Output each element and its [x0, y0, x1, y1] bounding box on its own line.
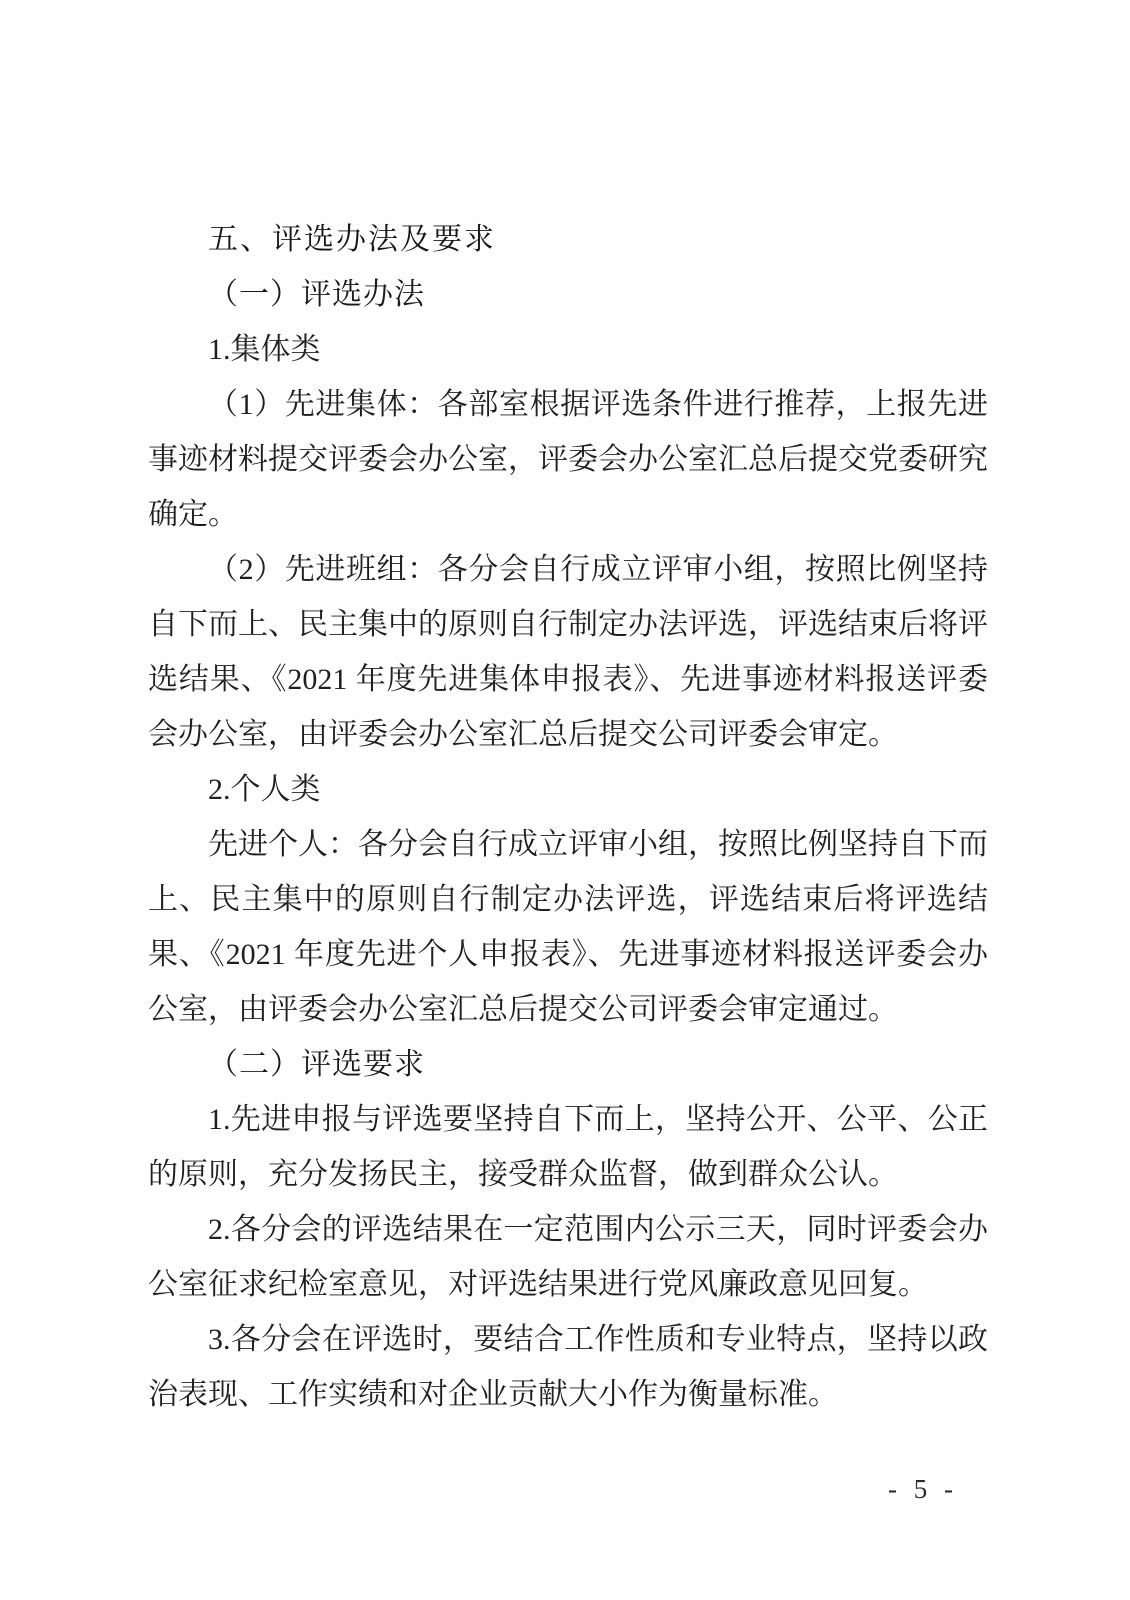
subsection-heading-2: （二）评选要求 — [148, 1037, 988, 1092]
paragraph-requirement-1: 1.先进申报与评选要坚持自下而上，坚持公开、公平、公正的原则，充分发扬民主，接受… — [148, 1092, 988, 1202]
page-number: - 5 - — [888, 1462, 958, 1517]
section-heading: 五、评选办法及要求 — [148, 212, 988, 267]
paragraph-advanced-team: （2）先进班组：各分会自行成立评审小组，按照比例坚持自下而上、民主集中的原则自行… — [148, 542, 988, 762]
document-body: 五、评选办法及要求 （一）评选办法 1.集体类 （1）先进集体：各部室根据评选条… — [148, 212, 988, 1422]
paragraph-requirement-2: 2.各分会的评选结果在一定范围内公示三天，同时评委会办公室征求纪检室意见，对评选… — [148, 1202, 988, 1312]
list-label-collective: 1.集体类 — [148, 322, 988, 377]
subsection-heading-1: （一）评选办法 — [148, 267, 988, 322]
paragraph-requirement-3: 3.各分会在评选时，要结合工作性质和专业特点，坚持以政治表现、工作实绩和对企业贡… — [148, 1312, 988, 1422]
document-page: 五、评选办法及要求 （一）评选办法 1.集体类 （1）先进集体：各部室根据评选条… — [0, 0, 1130, 1600]
paragraph-advanced-collective: （1）先进集体：各部室根据评选条件进行推荐，上报先进事迹材料提交评委会办公室，评… — [148, 377, 988, 542]
paragraph-advanced-individual: 先进个人：各分会自行成立评审小组，按照比例坚持自下而上、民主集中的原则自行制定办… — [148, 817, 988, 1037]
list-label-individual: 2.个人类 — [148, 762, 988, 817]
